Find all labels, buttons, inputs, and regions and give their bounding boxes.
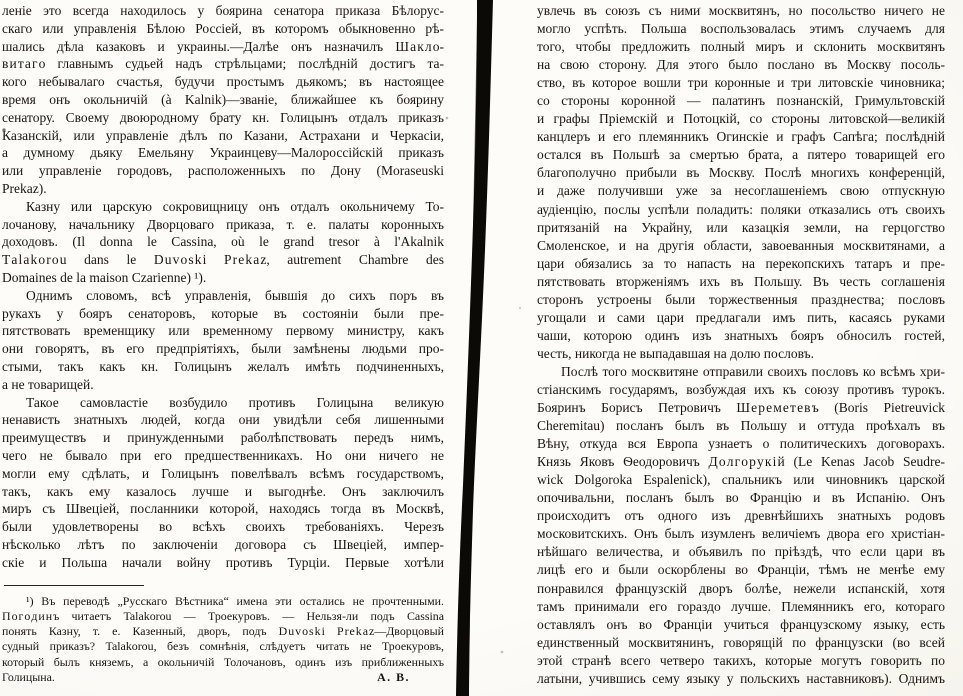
text-line: понять Казну, т. е. Казенный, дворъ, под… — [2, 624, 444, 639]
text-line: были удовлетворены во всѣхъ своихъ требо… — [2, 518, 444, 536]
footnote: ¹) Въ переводѣ „Русскаго Вѣстника“ имена… — [2, 594, 444, 686]
text-line: Cheremitau) посланъ былъ въ Польшу и отт… — [537, 417, 945, 435]
paragraph: ¹) Въ переводѣ „Русскаго Вѣстника“ имена… — [2, 594, 444, 670]
text-line: шались дѣла казаковъ и украины.—Далѣе он… — [2, 38, 444, 56]
scan-speckle — [501, 651, 504, 654]
text-line: стіанскимъ государямъ, возбуждая ихъ къ … — [537, 381, 945, 399]
text-line: стыми, такъ какъ кн. Голицынъ желалъ имѣ… — [2, 358, 444, 376]
scan-speckle — [519, 307, 521, 309]
text-line: Смоленское, и на другія области, завоева… — [537, 237, 945, 255]
text-line: судный приказъ? Talakorou, безъ сомнѣнія… — [2, 639, 444, 654]
text-line: wick Dolgoroka Espalenick), спальникъ ил… — [537, 471, 945, 489]
text-line: чего не бывало при его предшественникахъ… — [2, 447, 444, 465]
text-line: того, чтобы предложить полный миръ и скл… — [537, 38, 945, 56]
footnote-text: ¹) Въ переводѣ „Русскаго Вѣстника“ имена… — [2, 594, 444, 670]
paragraph: Послѣ того москвитяне отправили своихъ п… — [537, 363, 945, 688]
text-line: пятствовать вторженіямъ ихъ въ Польшу. В… — [537, 273, 945, 291]
text-line: доходовъ. (Il donna le Cassina, où le gr… — [2, 233, 444, 251]
text-line: чаши, которою одинъ изъ знатныхъ бояръ о… — [537, 327, 945, 345]
text-line: благополучно прибыли въ Москву. Послѣ мн… — [537, 164, 945, 182]
text-line: могли ему сдѣлать, и Голицынъ повелѣвалъ… — [2, 465, 444, 483]
text-line: латыни, учившись сему языку у польскихъ … — [537, 670, 945, 688]
text-line: который былъ княземъ, а окольничій Толоч… — [2, 655, 444, 670]
right-page-text-column: увлечь въ союзъ съ ними москвитянъ, но п… — [537, 2, 945, 688]
text-line: притязаній на Украйну, или казацкія земл… — [537, 219, 945, 237]
paragraph: леніе это всегда находилось у боярина се… — [2, 2, 444, 198]
text-line: Prekaz). — [2, 180, 444, 198]
text-line: канцлеръ и его племянникъ Огинскіе и гра… — [537, 128, 945, 146]
text-line: Бояринъ Борисъ Петровичъ Ш е р е м е т е… — [537, 399, 945, 417]
text-line: или управленіе городовъ, расположенныхъ … — [2, 162, 444, 180]
text-line: цари обязались за то напасть на перекопс… — [537, 255, 945, 273]
text-line: а не товарищей. — [2, 376, 444, 394]
footnote-author-initials: А. В. — [377, 670, 410, 685]
text-line: Такое самовластіе возбудило противъ Голи… — [2, 394, 444, 412]
text-line: пятствовать временщику или временному пе… — [2, 322, 444, 340]
text-line: скаго или управленія Бѣлою Россіей, въ к… — [2, 20, 444, 38]
text-line: тамъ принимали его гораздо лучше. Племян… — [537, 598, 945, 616]
text-line: единственный москвитянинъ, говорящій по … — [537, 634, 945, 652]
footnote-separator — [4, 585, 144, 586]
book-page-scan: леніе это всегда находилось у боярина се… — [0, 0, 963, 696]
text-line: и графы Пріемскій и Потоцкій, со стороны… — [537, 110, 945, 128]
footnote-closing-word: Голицына. — [2, 670, 55, 685]
paragraph: увлечь въ союзъ съ ними москвитянъ, но п… — [537, 2, 945, 363]
text-line: а думному дьяку Емельяну Украинцеву—Мало… — [2, 144, 444, 162]
text-line: в и т а г о главнымъ судьей надъ стрѣльц… — [2, 55, 444, 73]
text-line: этой странѣ всего четверо такихъ, которы… — [537, 652, 945, 670]
text-line: лицѣ его и были оскорблены во Франціи, т… — [537, 561, 945, 579]
footnote-last-line: Голицына. А. В. — [2, 670, 444, 685]
right-page-body-text: увлечь въ союзъ съ ними москвитянъ, но п… — [537, 2, 945, 688]
text-line: Вѣну, откуда вся Европа узнаетъ о полити… — [537, 435, 945, 453]
text-line: сенатору. Своему двоюродному брату кн. Г… — [2, 109, 444, 127]
text-line: преимуществъ и принужденными раболѣпство… — [2, 429, 444, 447]
text-line: честь, никогда не выпадавшая на долю пос… — [537, 345, 945, 363]
left-page-body-text: леніе это всегда находилось у боярина се… — [2, 2, 444, 572]
paragraph: Казну или царскую сокровищницу онъ отдал… — [2, 198, 444, 287]
text-line: леніе это всегда находилось у боярина се… — [2, 2, 444, 20]
text-line: T a l a k o r o u dans le D u v o s k i … — [2, 251, 444, 269]
text-line: П о г о д и н ъ читаетъ Talakorou — Трое… — [2, 609, 444, 624]
text-line: нѣйшаго величества, и объявилъ по пріѣзд… — [537, 543, 945, 561]
text-line: Князь Яковъ Ѳеодоровичъ Д о л г о р у к … — [537, 453, 945, 471]
text-line: нѣсколько лѣтъ по заключеніи договора съ… — [2, 536, 444, 554]
text-line: остался въ Польшѣ за смертью брата, а пя… — [537, 146, 945, 164]
text-line: оставлялъ онъ во Франціи учиться француз… — [537, 616, 945, 634]
text-line: ство, въ которое вошли три коронные и тр… — [537, 74, 945, 92]
paragraph: Такое самовластіе возбудило противъ Голи… — [2, 394, 444, 572]
text-line: увлечь въ союзъ съ ними москвитянъ, но п… — [537, 2, 945, 20]
text-line: время онъ окольничій (à Kalnik)—званіе, … — [2, 91, 444, 109]
text-line: могло успѣть. Польша воспользовалась эти… — [537, 20, 945, 38]
paragraph: Однимъ словомъ, всѣ управленія, бывшія д… — [2, 287, 444, 394]
text-line: Казну или царскую сокровищницу онъ отдал… — [2, 198, 444, 216]
text-line: рукахъ у бояръ сенаторовъ, которые въ со… — [2, 305, 444, 323]
text-line: они говорятъ, въ его предпріятіяхъ, были… — [2, 340, 444, 358]
text-line: Казанскій, или управленіе дѣлъ по Казани… — [2, 127, 444, 145]
text-line: Послѣ того москвитяне отправили своихъ п… — [537, 363, 945, 381]
text-line: аудіенцію, послы успѣли поладить: поляки… — [537, 201, 945, 219]
text-line: такъ, какъ ему казалось лучше и выгоднѣе… — [2, 483, 444, 501]
text-line: понравился французскій дворъ болѣе, неже… — [537, 580, 945, 598]
text-line: миръ съ Швеціей, посланники которой, нах… — [2, 500, 444, 518]
text-line: опочивальни, посланъ былъ во Францію и в… — [537, 489, 945, 507]
text-line: происходитъ отъ одного изъ древнѣйшихъ з… — [537, 507, 945, 525]
text-line: на свою сторону. Для этого было послано … — [537, 56, 945, 74]
text-line: Domaines de la maison Czarienne) ¹). — [2, 269, 444, 287]
text-line: московитскихъ. Онъ былъ изумленъ величіе… — [537, 525, 945, 543]
text-line: ненависть знатныхъ людей, когда они увид… — [2, 411, 444, 429]
text-line: скіе и Польша начали войну противъ Турці… — [2, 554, 444, 572]
text-line: и даже получивши уже за несоглашеніемъ с… — [537, 182, 945, 200]
left-page-text-column: леніе это всегда находилось у боярина се… — [2, 2, 444, 685]
text-line: ¹) Въ переводѣ „Русскаго Вѣстника“ имена… — [2, 594, 444, 609]
text-line: угощали и сами цари предлагали имъ пить,… — [537, 309, 945, 327]
text-line: со стороны коронной — палатинъ познанскі… — [537, 92, 945, 110]
text-line: кого небывалаго счастья, будучи простымъ… — [2, 73, 444, 91]
text-line: лочанову, начальнику Дворцоваго приказа,… — [2, 216, 444, 234]
text-line: Однимъ словомъ, всѣ управленія, бывшія д… — [2, 287, 444, 305]
scan-speckle — [446, 117, 449, 120]
text-line: сторонъ устроены были торжественныя праз… — [537, 291, 945, 309]
